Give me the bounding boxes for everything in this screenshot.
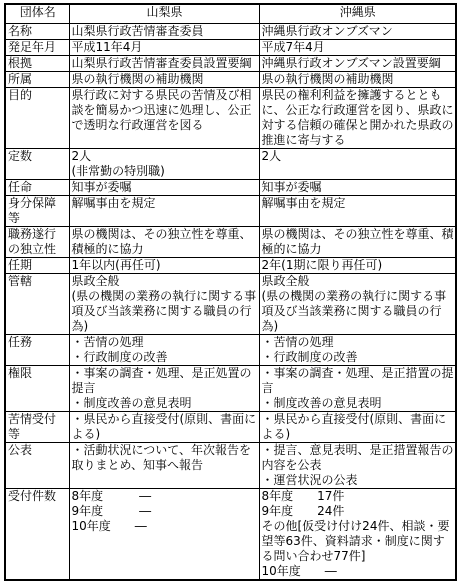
yamanashi-cell: ・事案の調査・処理、是正処置の提言 ・制度改善の意見表明 (69, 365, 259, 411)
table-row-authority: 権限 ・事案の調査・処理、是正処置の提言 ・制度改善の意見表明 ・事案の調査・処… (5, 365, 456, 411)
yamanashi-cell: 平成11年4月 (69, 39, 259, 55)
table-row-appointment: 任命 知事が委嘱 知事が委嘱 (5, 179, 456, 195)
yamanashi-cell: 知事が委嘱 (69, 179, 259, 195)
yamanashi-cell: 2人 (非常勤の特別職) (69, 148, 259, 179)
okinawa-cell: 8年度 17件 9年度 24件 その他[仮受け付け24件、相談・要望等63件、資… (259, 488, 456, 580)
row-label: 任務 (5, 334, 69, 365)
table-row-independence: 職務遂行の独立性 県の機関は、その独立性を尊重、積極的に協力 県の機関は、その独… (5, 226, 456, 257)
row-label: 身分保障等 (5, 195, 69, 226)
okinawa-cell: 解嘱事由を規定 (259, 195, 456, 226)
row-label: 任命 (5, 179, 69, 195)
row-label: 定数 (5, 148, 69, 179)
yamanashi-cell: 8年度 ― 9年度 ― 10年度 ― (69, 488, 259, 580)
okinawa-cell: 県の執行機関の補助機関 (259, 71, 456, 87)
yamanashi-cell: 県の執行機関の補助機関 (69, 71, 259, 87)
table-row-fixed-number: 定数 2人 (非常勤の特別職) 2人 (5, 148, 456, 179)
table-row-affiliation: 所属 県の執行機関の補助機関 県の執行機関の補助機関 (5, 71, 456, 87)
yamanashi-cell: 山梨県行政苦情審査委員設置要綱 (69, 55, 259, 71)
table-row-publication: 公表 ・活動状況について、年次報告を取りまとめ、知事へ報告 ・提言、意見表明、是… (5, 442, 456, 488)
row-label: 公表 (5, 442, 69, 488)
header-okinawa: 沖縄県 (259, 4, 456, 23)
yamanashi-cell: 県の機関は、その独立性を尊重、積極的に協力 (69, 226, 259, 257)
okinawa-cell: 2人 (259, 148, 456, 179)
prefecture-comparison-table: 団体名 山梨県 沖縄県 名称 山梨県行政苦情審査委員 沖縄県行政オンブズマン 発… (4, 3, 457, 581)
table-row-purpose: 目的 県行政に対する県民の苦情及び相談を簡易かつ迅速に処理し、公正で透明な行政運… (5, 87, 456, 148)
row-label: 発足年月 (5, 39, 69, 55)
yamanashi-cell: 山梨県行政苦情審査委員 (69, 23, 259, 39)
table-row-name: 名称 山梨県行政苦情審査委員 沖縄県行政オンブズマン (5, 23, 456, 39)
row-label: 所属 (5, 71, 69, 87)
row-label: 職務遂行の独立性 (5, 226, 69, 257)
header-row: 団体名 山梨県 沖縄県 (5, 4, 456, 23)
yamanashi-cell: 1年以内(再任可) (69, 257, 259, 273)
yamanashi-cell: ・苦情の処理 ・行政制度の改善 (69, 334, 259, 365)
table-row-duties: 任務 ・苦情の処理 ・行政制度の改善 ・苦情の処理 ・行政制度の改善 (5, 334, 456, 365)
table-row-basis: 根拠 山梨県行政苦情審査委員設置要綱 沖縄県行政オンブズマン設置要綱 (5, 55, 456, 71)
row-label: 苦情受付等 (5, 411, 69, 442)
yamanashi-cell: 解嘱事由を規定 (69, 195, 259, 226)
row-label: 根拠 (5, 55, 69, 71)
okinawa-cell: 沖縄県行政オンブズマン設置要綱 (259, 55, 456, 71)
okinawa-cell: ・事案の調査・処理、是正措置の提言 ・制度改善の意見表明 (259, 365, 456, 411)
yamanashi-cell: ・県民から直接受付(原則、書面による) (69, 411, 259, 442)
okinawa-cell: 知事が委嘱 (259, 179, 456, 195)
table-row-jurisdiction: 管轄 県政全般 (県の機関の業務の執行に関する事項及び当該業務に関する職員の行為… (5, 273, 456, 334)
table-row-complaint-reception: 苦情受付等 ・県民から直接受付(原則、書面による) ・県民から直接受付(原則、書… (5, 411, 456, 442)
okinawa-cell: 県民の権利利益を擁護するとともに、公正な行政運営を図り、県政に対する信頼の確保と… (259, 87, 456, 148)
okinawa-cell: 平成7年4月 (259, 39, 456, 55)
header-organization-name: 団体名 (5, 4, 69, 23)
row-label: 権限 (5, 365, 69, 411)
table-row-status-guarantee: 身分保障等 解嘱事由を規定 解嘱事由を規定 (5, 195, 456, 226)
row-label: 受付件数 (5, 488, 69, 580)
table-row-cases-received: 受付件数 8年度 ― 9年度 ― 10年度 ― 8年度 17件 9年度 24件 … (5, 488, 456, 580)
row-label: 目的 (5, 87, 69, 148)
row-label: 名称 (5, 23, 69, 39)
row-label: 管轄 (5, 273, 69, 334)
okinawa-cell: ・提言、意見表明、是正措置報告の内容を公表 ・運営状況の公表 (259, 442, 456, 488)
yamanashi-cell: 県政全般 (県の機関の業務の執行に関する事項及び当該業務に関する職員の行為) (69, 273, 259, 334)
table-row-founding-date: 発足年月 平成11年4月 平成7年4月 (5, 39, 456, 55)
row-label: 任期 (5, 257, 69, 273)
okinawa-cell: 沖縄県行政オンブズマン (259, 23, 456, 39)
okinawa-cell: 県の機関は、その独立性を尊重、積極的に協力 (259, 226, 456, 257)
table-row-term: 任期 1年以内(再任可) 2年(1期に限り再任可) (5, 257, 456, 273)
yamanashi-cell: ・活動状況について、年次報告を取りまとめ、知事へ報告 (69, 442, 259, 488)
yamanashi-cell: 県行政に対する県民の苦情及び相談を簡易かつ迅速に処理し、公正で透明な行政運営を図… (69, 87, 259, 148)
okinawa-cell: ・県民から直接受付(原則、書面による) (259, 411, 456, 442)
header-yamanashi: 山梨県 (69, 4, 259, 23)
okinawa-cell: ・苦情の処理 ・行政制度の改善 (259, 334, 456, 365)
okinawa-cell: 2年(1期に限り再任可) (259, 257, 456, 273)
okinawa-cell: 県政全般 (県の機関の業務の執行に関する事項及び当該業務に関する職員の行為) (259, 273, 456, 334)
